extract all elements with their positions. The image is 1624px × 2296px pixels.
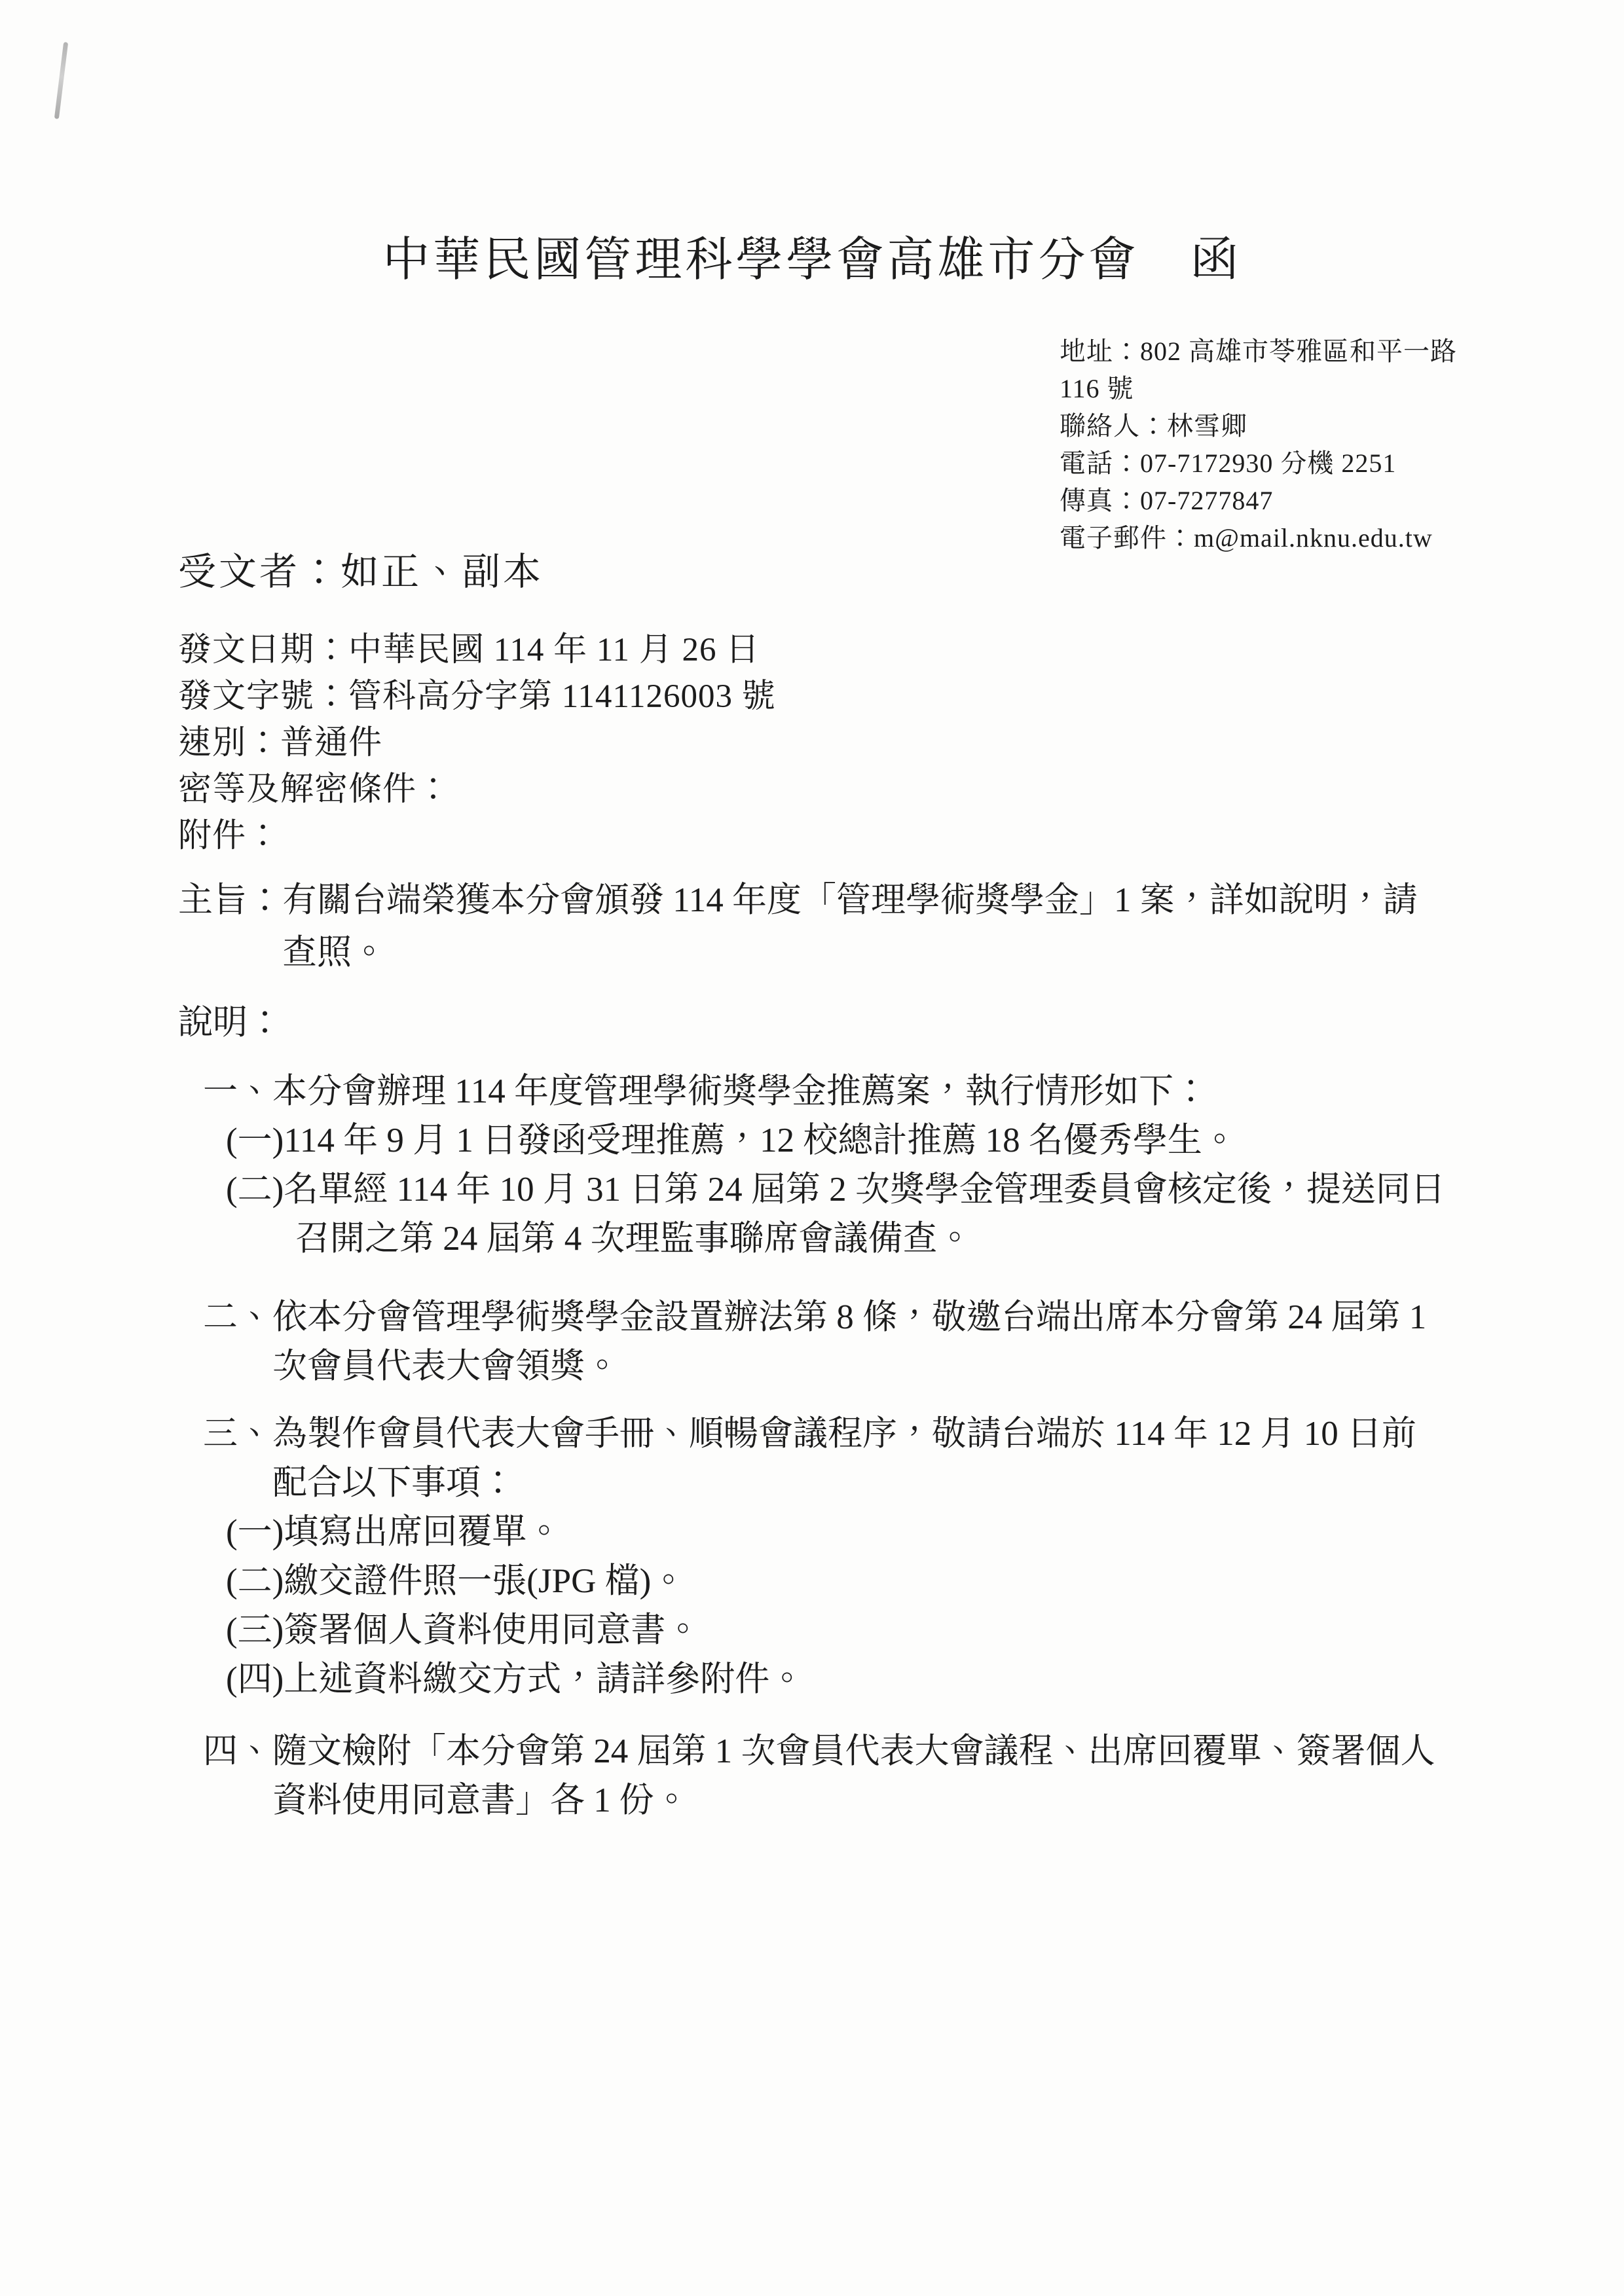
- list-item: (三)簽署個人資料使用同意書。: [226, 1606, 1449, 1655]
- item-number: (一): [226, 1121, 284, 1159]
- item-text: 名單經 114 年 10 月 31 日第 24 屆第 2 次獎學金管理委員會核定…: [284, 1171, 1445, 1258]
- list-item: (二)繳交證件照一張(JPG 檔)。: [226, 1557, 1449, 1606]
- item-text: 本分會辦理 114 年度管理學術獎學金推薦案，執行情形如下：: [272, 1072, 1208, 1110]
- issuing-organization-name: 中華民國管理科學學會高雄市分會: [382, 234, 1139, 286]
- scan-pen-mark-artifact: [54, 42, 68, 119]
- contact-address-line2: 116 號: [1060, 370, 1505, 407]
- priority-line: 速別：普通件: [178, 720, 1449, 767]
- item-text: 繳交證件照一張(JPG 檔)。: [284, 1562, 686, 1600]
- list-item: (一)114 年 9 月 1 日發函受理推薦，12 校總計推薦 18 名優秀學生…: [226, 1116, 1449, 1165]
- item-number: (三): [226, 1611, 284, 1649]
- contact-email: 電子郵件：m@mail.nknu.edu.tw: [1060, 519, 1505, 556]
- item-text: 隨文檢附「本分會第 24 屆第 1 次會員代表大會議程、出席回覆單、簽署個人資料…: [272, 1732, 1435, 1819]
- document-title: 中華民國管理科學學會高雄市分會函: [0, 230, 1624, 289]
- classification-line: 密等及解密條件：: [178, 767, 1449, 813]
- item-text: 114 年 9 月 1 日發函受理推薦，12 校總計推薦 18 名優秀學生。: [284, 1121, 1237, 1159]
- subject-label: 主旨：: [178, 881, 282, 919]
- list-item: 三、為製作會員代表大會手冊、順暢會議程序，敬請台端於 114 年 12 月 10…: [203, 1410, 1449, 1508]
- item-text: 上述資料繳交方式，請詳參附件。: [284, 1660, 804, 1698]
- sender-contact-block: 地址：802 高雄市苓雅區和平一路 116 號 聯絡人：林雪卿 電話：07-71…: [1060, 333, 1505, 556]
- list-item: (四)上述資料繳交方式，請詳參附件。: [226, 1655, 1449, 1704]
- subject-paragraph: 主旨：有關台端榮獲本分會頒發 114 年度「管理學術獎學金」1 案，詳如說明，請…: [178, 874, 1449, 979]
- contact-person: 聯絡人：林雪卿: [1060, 407, 1505, 445]
- item-number: (四): [226, 1660, 284, 1698]
- list-item: 四、隨文檢附「本分會第 24 屆第 1 次會員代表大會議程、出席回覆單、簽署個人…: [203, 1727, 1449, 1825]
- explanation-label: 說明：: [178, 998, 1449, 1048]
- item-text: 依本分會管理學術獎學金設置辦法第 8 條，敬邀台端出席本分會第 24 屆第 1 …: [272, 1298, 1426, 1385]
- contact-address-line1: 地址：802 高雄市苓雅區和平一路: [1060, 333, 1505, 370]
- list-item: (一)填寫出席回覆單。: [226, 1508, 1449, 1557]
- subject-text: 有關台端榮獲本分會頒發 114 年度「管理學術獎學金」1 案，詳如說明，請查照。: [282, 881, 1418, 972]
- item-number: (一): [226, 1513, 284, 1551]
- contact-fax: 傳真：07-7277847: [1060, 482, 1505, 519]
- item-text: 為製作會員代表大會手冊、順暢會議程序，敬請台端於 114 年 12 月 10 日…: [272, 1415, 1416, 1502]
- document-type-label: 函: [1191, 234, 1242, 286]
- contact-phone: 電話：07-7172930 分機 2251: [1060, 445, 1505, 482]
- item-number: 二、: [203, 1298, 272, 1336]
- item-text: 填寫出席回覆單。: [284, 1513, 561, 1551]
- document-body: 受文者：如正、副本 發文日期：中華民國 114 年 11 月 26 日 發文字號…: [178, 553, 1449, 1825]
- issue-date-line: 發文日期：中華民國 114 年 11 月 26 日: [178, 627, 1449, 674]
- explanation-list: 一、本分會辦理 114 年度管理學術獎學金推薦案，執行情形如下： (一)114 …: [178, 1067, 1449, 1825]
- item-number: (二): [226, 1171, 284, 1209]
- list-item: 二、依本分會管理學術獎學金設置辦法第 8 條，敬邀台端出席本分會第 24 屆第 …: [203, 1293, 1449, 1391]
- list-item: 一、本分會辦理 114 年度管理學術獎學金推薦案，執行情形如下：: [203, 1067, 1449, 1116]
- document-number-line: 發文字號：管科高分字第 1141126003 號: [178, 674, 1449, 720]
- item-number: (二): [226, 1562, 284, 1600]
- list-item: (二)名單經 114 年 10 月 31 日第 24 屆第 2 次獎學金管理委員…: [226, 1165, 1449, 1264]
- recipient-line: 受文者：如正、副本: [178, 553, 1449, 591]
- item-number: 一、: [203, 1072, 272, 1110]
- attachment-line: 附件：: [178, 813, 1449, 860]
- scanned-letter-page: 中華民國管理科學學會高雄市分會函 地址：802 高雄市苓雅區和平一路 116 號…: [0, 0, 1624, 2296]
- recipient-label: 受文者：: [178, 551, 341, 593]
- item-number: 四、: [203, 1732, 272, 1770]
- item-number: 三、: [203, 1415, 272, 1453]
- item-text: 簽署個人資料使用同意書。: [284, 1611, 700, 1649]
- document-meta-block: 發文日期：中華民國 114 年 11 月 26 日 發文字號：管科高分字第 11…: [178, 627, 1449, 860]
- recipient-value: 如正、副本: [341, 551, 544, 593]
